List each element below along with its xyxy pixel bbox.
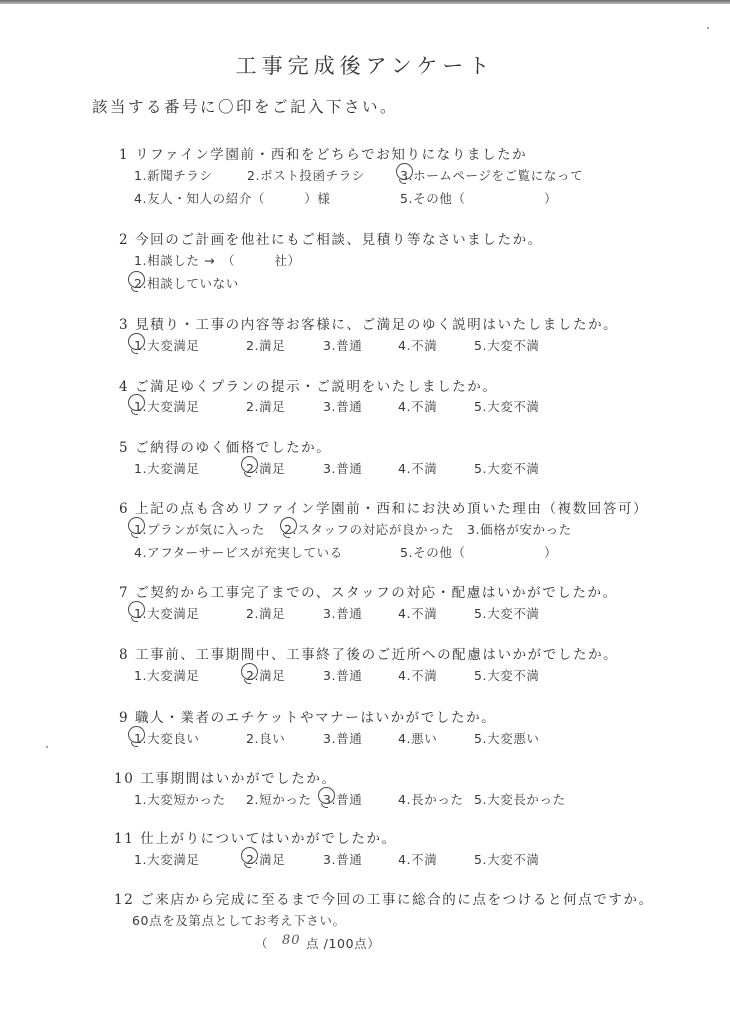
score-open-paren: （ — [255, 934, 268, 952]
option-5[interactable]: 5.大変不満 — [474, 397, 540, 415]
selected-circle-mark — [128, 517, 145, 534]
selected-circle-mark — [280, 517, 297, 534]
selected-circle-mark — [318, 787, 335, 804]
option-3[interactable]: 3.価格が安かった — [467, 520, 572, 538]
question-text: 2 今回のご計画を他社にもご相談、見積り等なさいましたか。 — [119, 228, 543, 248]
option-4[interactable]: 4.アフターサービスが充実している — [134, 543, 343, 561]
option-5[interactable]: 5.大変不満 — [474, 850, 540, 868]
scan-speck — [707, 27, 709, 29]
option-1[interactable]: 1.新聞チラシ — [134, 166, 213, 184]
page-title: 工事完成後アンケート — [0, 50, 730, 80]
option-4[interactable]: 4.不満 — [398, 459, 437, 477]
option-3[interactable]: 3.普通 — [323, 604, 362, 622]
selected-circle-mark — [128, 271, 145, 288]
option-2[interactable]: 2.スタッフの対応が良かった — [284, 520, 454, 538]
option-3[interactable]: 3.普通 — [323, 336, 362, 354]
option-1[interactable]: 1.大変短かった — [134, 790, 226, 808]
option-1[interactable]: 1.大変満足 — [134, 459, 200, 477]
option-5[interactable]: 5.大変長かった — [474, 790, 566, 808]
question-text: 11 仕上がりについてはいかがでしたか。 — [114, 827, 397, 847]
option-5[interactable]: 5.その他（ ） — [400, 543, 557, 561]
option-4[interactable]: 4.長かった — [398, 790, 464, 808]
selected-circle-mark — [128, 726, 145, 743]
option-3[interactable]: 3.ホームページをご覧になって — [400, 166, 583, 184]
option-5[interactable]: 5.大変悪い — [474, 729, 540, 747]
option-5[interactable]: 5.大変不満 — [474, 459, 540, 477]
option-4[interactable]: 4.不満 — [398, 397, 437, 415]
option-4[interactable]: 4.不満 — [398, 604, 437, 622]
selected-circle-mark — [396, 163, 413, 180]
option-1[interactable]: 1.相談した → （ 社） — [134, 251, 301, 269]
option-3[interactable]: 3.普通 — [323, 397, 362, 415]
option-4[interactable]: 4.不満 — [398, 666, 437, 684]
option-2[interactable]: 2.良い — [246, 729, 285, 747]
option-2[interactable]: 2.満足 — [246, 336, 285, 354]
option-3[interactable]: 3.普通 — [323, 666, 362, 684]
question-text: 4 ご満足ゆくプランの提示・ご説明をいたしましたか。 — [119, 375, 497, 395]
option-4[interactable]: 4.不満 — [398, 850, 437, 868]
option-5[interactable]: 5.大変不満 — [474, 604, 540, 622]
question-text: 1 リファイン学園前・西和をどちらでお知りになりましたか — [119, 143, 527, 163]
selected-circle-mark — [241, 456, 258, 473]
option-4[interactable]: 4.友人・知人の紹介（ ）様 — [134, 189, 331, 207]
option-5[interactable]: 5.その他（ ） — [400, 189, 557, 207]
question-text: 5 ご納得のゆく価格でしたか。 — [119, 436, 331, 456]
option-2[interactable]: 2.相談していない — [134, 274, 239, 292]
scan-top-edge — [0, 0, 730, 4]
scan-speck — [46, 746, 48, 748]
option-4[interactable]: 4.不満 — [398, 336, 437, 354]
selected-circle-mark — [241, 663, 258, 680]
option-2[interactable]: 2.ポスト投函チラシ — [247, 166, 365, 184]
question-text: 3 見積り・工事の内容等お客様に、ご満足のゆく説明はいたしましたか。 — [119, 313, 618, 333]
question-text: 6 上記の点も含めリファイン学園前・西和にお決め頂いた理由（複数回答可） — [119, 497, 648, 517]
score-value-field[interactable]: 80 — [282, 933, 301, 948]
selected-circle-mark — [128, 601, 145, 618]
question-text: 12 ご来店から完成に至るまで今回の工事に総合的に点をつけると何点ですか。 — [114, 888, 654, 908]
option-1[interactable]: 1.大変満足 — [134, 666, 200, 684]
question-text: 9 職人・業者のエチケットやマナーはいかがでしたか。 — [119, 706, 496, 726]
selected-circle-mark — [241, 847, 258, 864]
score-suffix: 点 /100点） — [306, 934, 380, 952]
selected-circle-mark — [128, 333, 145, 350]
option-3[interactable]: 3.普通 — [323, 459, 362, 477]
question-text: 7 ご契約から工事完了までの、スタッフの対応・配慮はいかがでしたか。 — [119, 581, 618, 601]
option-1[interactable]: 1.プランが気に入った — [134, 520, 265, 538]
option-2[interactable]: 2.満足 — [246, 604, 285, 622]
option-5[interactable]: 5.大変不満 — [474, 336, 540, 354]
option-1[interactable]: 1.大変満足 — [134, 850, 200, 868]
score-note: 60点を及第点としてお考え下さい。 — [132, 911, 346, 929]
instruction-text: 該当する番号に〇印をご記入下さい。 — [92, 95, 398, 117]
option-5[interactable]: 5.大変不満 — [474, 666, 540, 684]
option-3[interactable]: 3.普通 — [323, 850, 362, 868]
question-text: 8 工事前、工事期間中、工事終了後のご近所への配慮はいかがでしたか。 — [119, 643, 618, 663]
question-text: 10 工事期間はいかがでしたか。 — [114, 767, 337, 787]
option-4[interactable]: 4.悪い — [398, 729, 437, 747]
option-3[interactable]: 3.普通 — [323, 729, 362, 747]
option-2[interactable]: 2.満足 — [246, 397, 285, 415]
selected-circle-mark — [128, 394, 145, 411]
option-2[interactable]: 2.短かった — [246, 790, 312, 808]
